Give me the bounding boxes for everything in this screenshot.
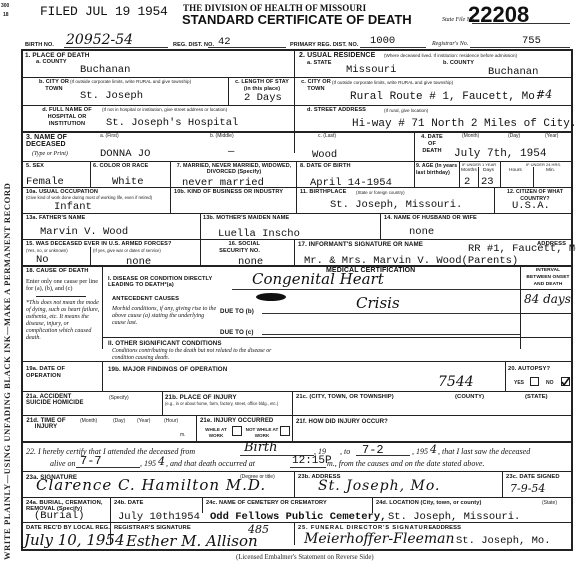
checkmark-icon [561,377,570,386]
due-to-b: Crisis [356,294,400,312]
primary-reg-dist-label: PRIMARY REG. DIST. NO. [290,42,359,49]
birthplace: St. Joseph, Missouri. [330,199,462,211]
informant-label: 17. INFORMANT'S SIGNATURE OR NAME [298,241,423,248]
cause-line-a: Congenital Heart [252,270,384,288]
injury-month-label: (Month) [80,419,97,425]
spouse-label: 14. NAME OF HUSBAND OR WIFE [384,215,477,222]
physician-signature: Clarence C. Hamilton M.D. [36,476,266,494]
death-city: St. Joseph [80,90,143,102]
accident-label: 21a. ACCIDENT SUICIDE HOMICIDE [26,394,86,406]
death-city-note: (If outside corporate limits, write RURA… [70,79,200,85]
certify-text-5: , that I last saw the deceased [438,448,530,455]
certify-text-9: m., from the causes and on the date stat… [327,460,484,467]
registrar-signature: Esther M. Allison [126,532,258,550]
date-signed-label: 23c. DATE SIGNED [506,474,560,481]
hospital-label: d. FULL NAME OF HOSPITAL OR INSTITUTION [36,107,98,128]
autopsy-yes-checkbox[interactable] [530,377,539,386]
death-county: Buchanan [80,64,130,76]
hospital-note: (If not in hospital or institution, give… [102,107,227,113]
informant-address: RR #1, Faucett, Mo. [468,243,576,255]
res-city-annotation: #4 [536,88,552,101]
autopsy-no-checkbox[interactable] [561,377,570,386]
injury-city-label: 21c. (CITY, TOWN, OR TOWNSHIP) [296,394,394,401]
first-name: DONNA JO [100,148,150,160]
certify-text-3: , to [340,448,350,455]
armed-forces-label: 15. WAS DECEASED EVER IN U.S. ARMED FORC… [26,241,172,248]
corner-mark-2: 18 [3,13,9,19]
street-note: (If rural, give location) [384,108,428,114]
funeral-director-signature: Meierhoffer-Fleeman [304,531,455,547]
death-time: 12:15P [292,455,332,467]
street-label: d. STREET ADDRESS [307,107,366,114]
interval-label: INTERVAL BETWEEN ONSET AND DEATH [524,267,572,288]
corner-mark-1: 300 [1,4,9,10]
alive-on-year: 4 [158,455,165,468]
attended-from: Birth [244,440,278,455]
certify-text-6: alive on [50,460,76,467]
op-date-label: 19a. DATE OF OPERATION [26,366,98,380]
citizenship: U.S.A. [512,200,550,212]
cemetery-label: 24c. NAME OF CEMETERY OR CREMATORY [206,500,327,507]
father-label: 13a. FATHER'S NAME [26,215,85,222]
due-to-b-label: DUE TO (b) [220,308,254,315]
primary-reg-dist: 1000 [370,35,395,47]
res-city-note: (If outside corporate limits, write RURA… [332,80,453,86]
cause-label: 18. CAUSE OF DEATH [26,268,89,275]
margin-notice: WRITE PLAINLY—USING UNFADING BLACK INK—M… [2,183,12,560]
res-city: Rural Route # 1, Faucett, Mo. [350,91,541,103]
days-label: Days [483,168,494,174]
business-label: 10b. KIND OF BUSINESS OR INDUSTRY [174,189,296,196]
code-note: 7544 [438,374,474,390]
autopsy-no-label: NO [546,381,554,387]
injury-occurred-label: 21e. INJURY OCCURRED [200,418,273,425]
name-note: (Type or Print) [32,151,68,158]
first-name-label: a. (First) [100,134,119,140]
middle-name: — [228,146,234,158]
death-year-label: (Year) [545,134,558,140]
while-at-work-checkbox[interactable] [232,426,242,436]
not-at-work-checkbox[interactable] [280,426,290,436]
while-at-work-label: WHILE AT WORK [201,427,231,438]
death-county-label: a. COUNTY [36,59,67,66]
residence-label: 2. USUAL RESIDENCE [299,52,375,59]
registrar-no: 755 [522,35,541,47]
cause-footnote: *This does not mean the mode of dying, s… [26,300,100,342]
res-county-label: b. COUNTY [443,60,474,67]
injury-m-label: m. [180,433,186,439]
not-at-work-label: NOT WHILE AT WORK [244,427,280,438]
certify-text-8: , and that death occurred at [166,460,255,467]
service-note: (If yes, give war or dates of service) [93,248,161,254]
burial-date-label: 24b. DATE [114,500,143,507]
middle-name-label: b. (Middle) [210,134,234,140]
injury-hour-label: (Hour) [164,419,178,425]
months-label: Months [461,168,477,174]
interval-value: 84 days [524,292,571,306]
mother-label: 13b. MOTHER'S MAIDEN NAME [203,215,289,222]
physician-address: St. Joseph, Mo. [318,478,440,494]
place-of-injury-note: (e.g., in or about home, farm, factory, … [165,401,290,407]
deceased-name-label: 3. NAME OF DECEASED [26,134,82,149]
other-conditions-note: Conditions contributing to the death but… [112,348,272,361]
autopsy-yes-label: YES [514,381,524,387]
under-1-year-label: IF UNDER 1 YEAR [462,162,496,168]
last-name: Wood [312,149,337,161]
injury-state-label: (STATE) [525,394,548,401]
armed-forces-note: (Yes, no, or unknown) [26,248,68,254]
sex-label: 5. SEX [26,163,44,170]
stay-length: 2 Days [244,92,282,104]
birthplace-note: (State or foreign country) [356,190,405,196]
street-address: Hi-way # 71 North 2 Miles of City. [352,118,576,130]
registrar-no-label: Registrar's No. [432,41,468,48]
residence-note: (Where deceased lived. If institution: r… [384,53,517,59]
antecedent-note: Morbid conditions, if any, giving rise t… [112,306,218,326]
injury-day-label: (Day) [113,419,125,425]
funeral-address: St. Joseph, Mo. [456,535,551,547]
occupation-note: (Give kind of work done during most of w… [26,195,166,201]
rec-date: July 10, 1954 [24,531,125,549]
stay-label: c. LENGTH OF STAY (in this place) [231,79,293,93]
registrar-code: 485 [248,523,269,536]
antecedent-label: ANTECEDENT CAUSES [112,296,179,303]
birth-no: 20952-54 [66,32,133,48]
minutes-label: Min. [546,168,555,174]
death-city-label: b. CITY OR TOWN [36,79,72,93]
place-of-death-label: 1. PLACE OF DEATH [25,52,89,59]
time-of-injury-label: 21d. TIME OF INJURY [26,418,66,430]
how-injury-label: 21f. HOW DID INJURY OCCUR? [296,419,388,426]
embalmer-note: (Licensed Embalmer's Statement on Revers… [236,555,374,561]
location-state-label: (State) [542,501,557,507]
last-name-label: c. (Last) [318,134,336,140]
race-label: 6. COLOR OR RACE [93,163,148,170]
spouse-name: none [409,226,434,238]
other-conditions-label: II. OTHER SIGNIFICANT CONDITIONS [108,340,222,347]
certify-text-4: , 195 [412,448,428,455]
date-of-death: July 7th, 1954 [454,148,546,160]
father-name: Marvin V. Wood [40,226,128,238]
hours-label: Hours [509,168,522,174]
occupation: Infant [54,201,92,213]
alive-on-date: 7-7 [80,455,102,467]
injury-year-label: (Year) [137,419,150,425]
certify-text-1: 22. I hereby certify that I attended the… [26,448,195,455]
registrar-signature-label: REGISTRAR'S SIGNATURE [114,525,191,532]
res-state-label: a. STATE [307,60,332,67]
due-to-c-label: DUE TO (c) [220,329,254,336]
date-signed: 7-9-54 [510,482,545,495]
certificate-title: STANDARD CERTIFICATE OF DEATH [182,12,412,27]
birth-no-label: BIRTH NO. [25,42,54,49]
attended-to-year: 4 [430,443,437,456]
state-file-label: State File No. [442,17,475,24]
under-24h-label: IF UNDER 24 HRS. [526,162,561,168]
age-label: 9. AGE (In years last birthday) [416,163,458,177]
res-city-label: c. CITY OR TOWN [298,79,334,93]
autopsy-label: 20. AUTOPSY? [508,366,550,373]
certify-text-7: , 195 [140,460,156,467]
ssn-label: 16. SOCIAL SECURITY NO. [204,241,260,255]
specify-label: (Specify) [109,396,129,402]
death-day-label: (Day) [508,134,520,140]
death-month-label: (Month) [462,134,479,140]
op-findings-label: 19b. MAJOR FINDINGS OF OPERATION [108,366,227,373]
disposition-type: (Burial) [34,510,84,522]
ink-blot [256,293,286,301]
cause-instruction: Enter only one cause per line for (a), (… [26,278,100,293]
filed-stamp: FILED JUL 19 1954 [40,4,168,19]
res-state: Missouri [346,64,396,76]
birthplace-label: 11. BIRTHPLACE [300,189,346,196]
location-label: 24d. LOCATION (City, town, or county) [376,500,481,507]
line1-label: I. DISEASE OR CONDITION DIRECTLY LEADING… [108,276,218,288]
marital-label: 7. MARRIED, NEVER MARRIED, WIDOWED, DIVO… [174,163,294,175]
dob-label: 8. DATE OF BIRTH [300,163,351,170]
injury-county-label: (COUNTY) [455,394,484,401]
hospital-name: St. Joseph's Hospital [106,117,238,129]
date-of-death-label: 4. DATE OF DEATH [418,134,446,155]
place-of-injury-label: 21b. PLACE OF INJURY [165,394,237,401]
